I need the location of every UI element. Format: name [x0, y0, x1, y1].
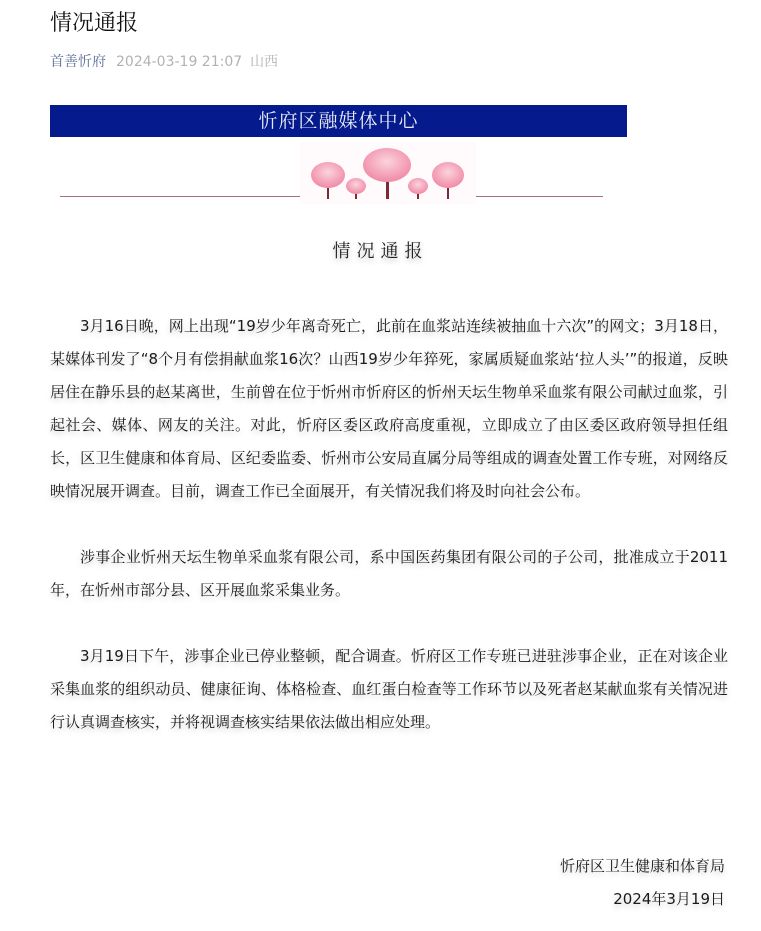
signature-date: 2024年3月19日: [560, 883, 725, 916]
publish-date: 2024-03-19 21:07: [116, 54, 242, 70]
document-body: 3月16日晚，网上出现“19岁少年离奇死亡，此前在血浆站连续被抽血十六次”的网文…: [50, 310, 728, 739]
divider-line-left: [60, 196, 300, 197]
paragraph-1: 3月16日晚，网上出现“19岁少年离奇死亡，此前在血浆站连续被抽血十六次”的网文…: [50, 310, 728, 508]
document-heading: 情况通报: [0, 238, 761, 266]
article-meta: 首善忻府2024-03-19 21:07山西: [50, 52, 278, 72]
media-center-banner: 忻府区融媒体中心: [50, 105, 627, 137]
divider-line-right: [476, 196, 603, 197]
document-signature: 忻府区卫生健康和体育局 2024年3月19日: [560, 850, 725, 916]
paragraph-3: 3月19日下午，涉事企业已停业整顿，配合调查。忻府区工作专班已进驻涉事企业，正在…: [50, 640, 728, 739]
signature-organization: 忻府区卫生健康和体育局: [560, 850, 725, 883]
cherry-blossom-trees-icon: [300, 142, 476, 204]
author-link[interactable]: 首善忻府: [50, 54, 106, 70]
paragraph-2: 涉事企业忻州天坛生物单采血浆有限公司，系中国医药集团有限公司的子公司，批准成立于…: [50, 541, 728, 607]
article-title: 情况通报: [50, 9, 138, 39]
publish-location: 山西: [250, 54, 278, 70]
